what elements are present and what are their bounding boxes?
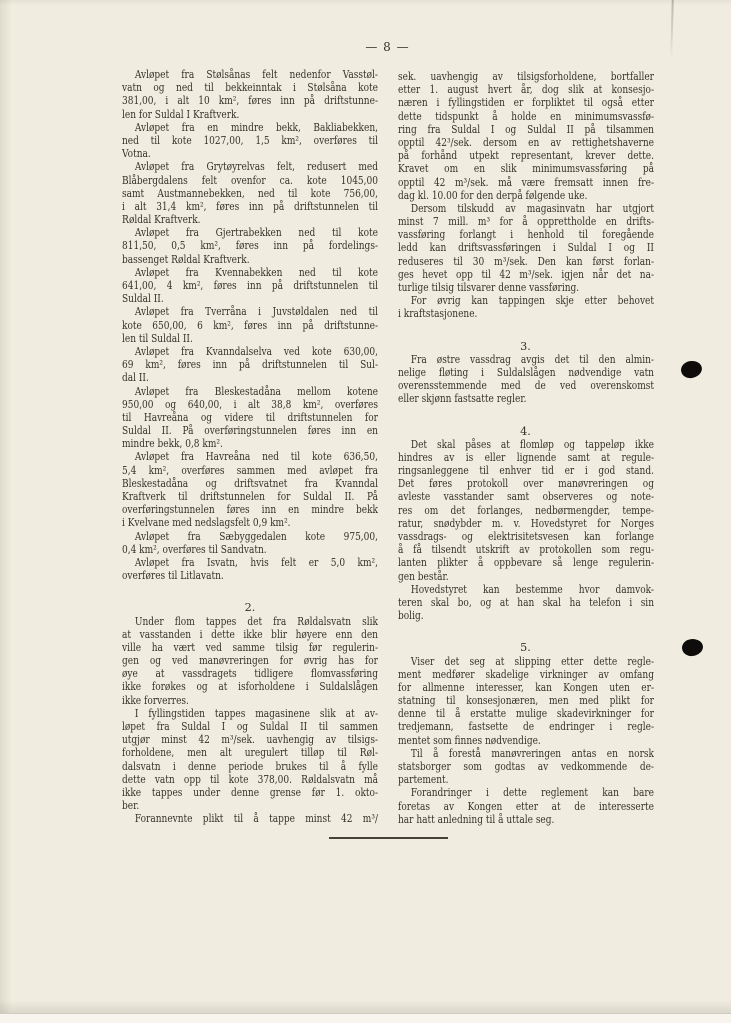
punch-hole-top xyxy=(680,360,703,380)
text-line: Avløpet fra Stølsånas felt nedenfor Vass… xyxy=(122,68,378,81)
section-heading: 2. xyxy=(122,601,378,614)
text-line: Det skal påses at flomløp og tappeløp ik… xyxy=(398,438,654,451)
page-bottom-edge xyxy=(0,1013,731,1023)
paragraph: I fyllingstiden tappes magasinene slik a… xyxy=(122,707,378,813)
text-line: forholdene, men alt uregulert tilløp til… xyxy=(122,746,378,759)
text-line: tredjemann, fastsette de endringer i reg… xyxy=(398,720,654,733)
text-line: til Havreåna og videre til driftstunnele… xyxy=(122,411,378,424)
text-line: len til Suldal II. xyxy=(122,332,378,345)
paragraph: Det skal påses at flomløp og tappeløp ik… xyxy=(398,438,653,583)
text-line: Kravet om en slik minimumsvassføring på xyxy=(398,162,654,175)
text-line: ikke forverres. xyxy=(122,694,378,707)
text-line: opptil 42 m³/sek. må være fremsatt innen… xyxy=(398,176,654,189)
text-line: samt Austmannebekken, ned til kote 756,0… xyxy=(122,187,378,200)
text-line: res om det forlanges, nedbørmengder, tem… xyxy=(398,504,654,517)
text-line: ges hevet opp til 42 m³/sek. igjen når d… xyxy=(398,268,654,281)
text-line: foretas av Kongen etter at de interesser… xyxy=(398,800,654,813)
paragraph: Avløpet fra Isvatn, hvis felt er 5,0 km²… xyxy=(122,556,378,582)
text-line: For øvrig kan tappingen skje etter behov… xyxy=(398,294,654,307)
text-line: i Kvelvane med nedslagsfelt 0,9 km². xyxy=(122,516,378,529)
text-line: ring fra Suldal I og Suldal II på tilsam… xyxy=(398,123,654,136)
paragraph: Forannevnte plikt til å tappe minst 42 m… xyxy=(122,812,378,825)
text-line: gen består. xyxy=(398,570,654,583)
text-line: Forannevnte plikt til å tappe minst 42 m… xyxy=(122,812,378,825)
text-line: minst 7 mill. m³ for å opprettholde en d… xyxy=(398,215,654,228)
text-line: eller skjønn fastsatte regler. xyxy=(398,392,654,405)
paragraph: Avløpet fra Kvanndalselva ved kote 630,0… xyxy=(122,345,378,385)
paragraph: Forandringer i dette reglement kan baref… xyxy=(398,786,653,826)
text-line: ned til kote 1027,00, 1,5 km², overføres… xyxy=(122,134,378,147)
paragraph: Avløpet fra Grytøyrelvas felt, redusert … xyxy=(122,160,378,226)
text-line: dalsvatn i denne periode brukes til å fy… xyxy=(122,760,378,773)
page-number: — 8 — xyxy=(122,40,653,54)
text-line: denne til å erstatte mulige skadevirknin… xyxy=(398,707,654,720)
text-line: etter 1. august hvert år, dog slik at ko… xyxy=(398,83,654,96)
text-line: mentet som finnes nødvendige. xyxy=(398,734,654,747)
text-line: Suldal II. xyxy=(122,292,378,305)
paragraph: Avløpet fra Kvennabekken ned til kote641… xyxy=(122,266,378,306)
text-line: 69 km², føres inn på driftstunnelen til … xyxy=(122,358,378,371)
text-line: Votna. xyxy=(122,147,378,160)
text-line: overensstemmende med de ved overenskomst xyxy=(398,379,654,392)
document-page: — 8 — Avløpet fra Stølsånas felt nedenfo… xyxy=(0,0,731,1023)
text-line: turlige tilsig tilsvarer denne vassførin… xyxy=(398,281,654,294)
paragraph: Viser det seg at slipping etter dette re… xyxy=(398,655,653,747)
text-line: overføringstunnelen føres inn en mindre … xyxy=(122,503,378,516)
text-line: Avløpet fra Bleskestadåna mellom kotene xyxy=(122,385,378,398)
text-line: ikke tappes under denne grense før 1. ok… xyxy=(122,786,378,799)
text-line: len for Suldal I Kraftverk. xyxy=(122,108,378,121)
text-line: kote 650,00, 6 km², føres inn på driftst… xyxy=(122,319,378,332)
text-line: at vasstanden i dette ikke blir høyere e… xyxy=(122,628,378,641)
paragraph: For øvrig kan tappingen skje etter behov… xyxy=(398,294,653,320)
text-line: Under flom tappes det fra Røldalsvatn sl… xyxy=(122,615,378,628)
paragraph: Avløpet fra Sæbyggedalen kote 975,00,0,4… xyxy=(122,530,378,556)
page-bottom-shade xyxy=(0,1000,731,1013)
text-line: dette vatn opp til kote 378,00. Røldalsv… xyxy=(122,773,378,786)
text-line: vatn og ned til bekkeinntak i Stølsåna k… xyxy=(122,81,378,94)
text-line: Blåbergdalens felt ovenfor ca. kote 1045… xyxy=(122,174,378,187)
text-line: statning til konsesjonæren, men med plik… xyxy=(398,694,654,707)
text-line: overføres til Litlavatn. xyxy=(122,569,378,582)
text-column-right: sek. uavhengig av tilsigsforholdene, bor… xyxy=(398,70,653,826)
text-line: gen og ved manøvreringen for øvrig has f… xyxy=(122,654,378,667)
text-line: nelige fløting i Suldalslågen nødvendige… xyxy=(398,366,654,379)
text-line: Til å forestå manøvreringen antas en nor… xyxy=(398,747,654,760)
text-line: statsborger som godtas av vedkommende de… xyxy=(398,760,654,773)
text-line: Avløpet fra Kvanndalselva ved kote 630,0… xyxy=(122,345,378,358)
text-line: dette tidspunkt å holde en minimumsvassf… xyxy=(398,110,654,123)
text-line: lanten plikter å oppbevare så lenge regu… xyxy=(398,556,654,569)
text-line: bolig. xyxy=(398,609,654,622)
section-heading: 4. xyxy=(398,425,653,438)
text-line: Avløpet fra Grytøyrelvas felt, redusert … xyxy=(122,160,378,173)
text-column-left: Avløpet fra Stølsånas felt nedenfor Vass… xyxy=(122,68,378,826)
text-line: Bleskestadåna og driftsvatnet fra Kvannd… xyxy=(122,477,378,490)
text-line: har hatt anledning til å uttale seg. xyxy=(398,813,654,826)
text-line: vassføring forlangt i henhold til foregå… xyxy=(398,228,654,241)
paragraph: sek. uavhengig av tilsigsforholdene, bor… xyxy=(398,70,653,202)
text-line: ratur, snødybder m. v. Hovedstyret for N… xyxy=(398,517,654,530)
section-heading: 5. xyxy=(398,641,653,654)
text-line: 811,50, 0,5 km², føres inn på fordelings… xyxy=(122,239,378,252)
text-line: Avløpet fra en mindre bekk, Bakliabekken… xyxy=(122,121,378,134)
text-line: øye at vassdragets tidligere flomvassfør… xyxy=(122,667,378,680)
text-line: 5,4 km², overføres sammen med avløpet fr… xyxy=(122,464,378,477)
paragraph: Avløpet fra Tverråna i Juvstøldalen ned … xyxy=(122,305,378,345)
text-line: Dersom tilskudd av magasinvatn har utgjo… xyxy=(398,202,654,215)
text-line: dal II. xyxy=(122,371,378,384)
text-line: opptil 42³/sek. dersom en av rettighetsh… xyxy=(398,136,654,149)
text-line: utgjør minst 42 m³/sek. uavhengig av til… xyxy=(122,733,378,746)
text-line: ikke forøkes og at isforholdene i Suldal… xyxy=(122,680,378,693)
paragraph: Avløpet fra Stølsånas felt nedenfor Vass… xyxy=(122,68,378,121)
text-line: Røldal Kraftverk. xyxy=(122,213,378,226)
text-line: ber. xyxy=(122,799,378,812)
text-line: Avløpet fra Tverråna i Juvstøldalen ned … xyxy=(122,305,378,318)
text-line: i kraftstasjonene. xyxy=(398,307,654,320)
text-line: sek. uavhengig av tilsigsforholdene, bor… xyxy=(398,70,654,83)
text-line: løpet fra Suldal I og Suldal II til samm… xyxy=(122,720,378,733)
text-line: teren skal bo, og at han skal ha telefon… xyxy=(398,596,654,609)
text-line: Avløpet fra Havreåna ned til kote 636,50… xyxy=(122,450,378,463)
text-line: Kraftverk til driftstunnelen for Suldal … xyxy=(122,490,378,503)
page-left-shade xyxy=(0,0,12,1023)
text-line: Avløpet fra Sæbyggedalen kote 975,00, xyxy=(122,530,378,543)
text-line: i alt 31,4 km², føres inn på driftstunne… xyxy=(122,200,378,213)
paragraph: Avløpet fra Bleskestadåna mellom kotene9… xyxy=(122,385,378,451)
text-line: Hovedstyret kan bestemme hvor damvok- xyxy=(398,583,654,596)
text-line: Suldal II. På overføringstunnelen føres … xyxy=(122,424,378,437)
text-line: for allmenne interesser, kan Kongen uten… xyxy=(398,681,654,694)
text-line: dag kl. 10.00 for den derpå følgende uke… xyxy=(398,189,654,202)
text-line: Fra østre vassdrag avgis det til den alm… xyxy=(398,353,654,366)
punch-hole-bottom xyxy=(681,638,703,657)
paragraph: Til å forestå manøvreringen antas en nor… xyxy=(398,747,653,787)
text-line: 381,00, i alt 10 km², føres inn på drift… xyxy=(122,94,378,107)
paragraph: Avløpet fra Gjertrabekken ned til kote81… xyxy=(122,226,378,266)
page-crease xyxy=(670,0,673,57)
text-line: partement. xyxy=(398,773,654,786)
text-line: ville ha vært ved samme tilsig før regul… xyxy=(122,641,378,654)
text-line: 0,4 km², overføres til Sandvatn. xyxy=(122,543,378,556)
text-line: å få tilsendt utskrift av protokollen so… xyxy=(398,543,654,556)
text-line: 641,00, 4 km², føres inn på driftstunnel… xyxy=(122,279,378,292)
paragraph: Hovedstyret kan bestemme hvor damvok-ter… xyxy=(398,583,653,623)
text-line: Avløpet fra Kvennabekken ned til kote xyxy=(122,266,378,279)
text-line: bassenget Røldal Kraftverk. xyxy=(122,253,378,266)
paragraph: Under flom tappes det fra Røldalsvatn sl… xyxy=(122,615,378,707)
text-line: Det føres protokoll over manøvreringen o… xyxy=(398,477,654,490)
text-line: ment medfører skadelige virkninger av om… xyxy=(398,668,654,681)
page-top-shade xyxy=(0,0,731,5)
footer-rule xyxy=(329,837,448,839)
text-line: hindres av is eller lignende samt at reg… xyxy=(398,451,654,464)
section-heading: 3. xyxy=(398,340,653,353)
text-line: Viser det seg at slipping etter dette re… xyxy=(398,655,654,668)
text-line: næren i fyllingstiden er forpliktet til … xyxy=(398,96,654,109)
text-line: på forhånd utpekt representant, krever d… xyxy=(398,149,654,162)
paragraph: Fra østre vassdrag avgis det til den alm… xyxy=(398,353,653,406)
paragraph: Dersom tilskudd av magasinvatn har utgjo… xyxy=(398,202,653,294)
text-line: Forandringer i dette reglement kan bare xyxy=(398,786,654,799)
text-line: 950,00 og 640,00, i alt 38,8 km², overfø… xyxy=(122,398,378,411)
text-line: avleste vasstander samt observeres og no… xyxy=(398,490,654,503)
text-line: ledd kan driftsvassføringen i Suldal I o… xyxy=(398,241,654,254)
text-line: ringsanleggene til enhver tid er i god s… xyxy=(398,464,654,477)
text-line: reduseres til 30 m³/sek. Den kan først f… xyxy=(398,255,654,268)
text-line: I fyllingstiden tappes magasinene slik a… xyxy=(122,707,378,720)
paragraph: Avløpet fra en mindre bekk, Bakliabekken… xyxy=(122,121,378,161)
text-line: vassdrags- og elektrisitetsvesen kan for… xyxy=(398,530,654,543)
text-line: Avløpet fra Isvatn, hvis felt er 5,0 km²… xyxy=(122,556,378,569)
text-line: mindre bekk, 0,8 km². xyxy=(122,437,378,450)
text-line: Avløpet fra Gjertrabekken ned til kote xyxy=(122,226,378,239)
paragraph: Avløpet fra Havreåna ned til kote 636,50… xyxy=(122,450,378,529)
